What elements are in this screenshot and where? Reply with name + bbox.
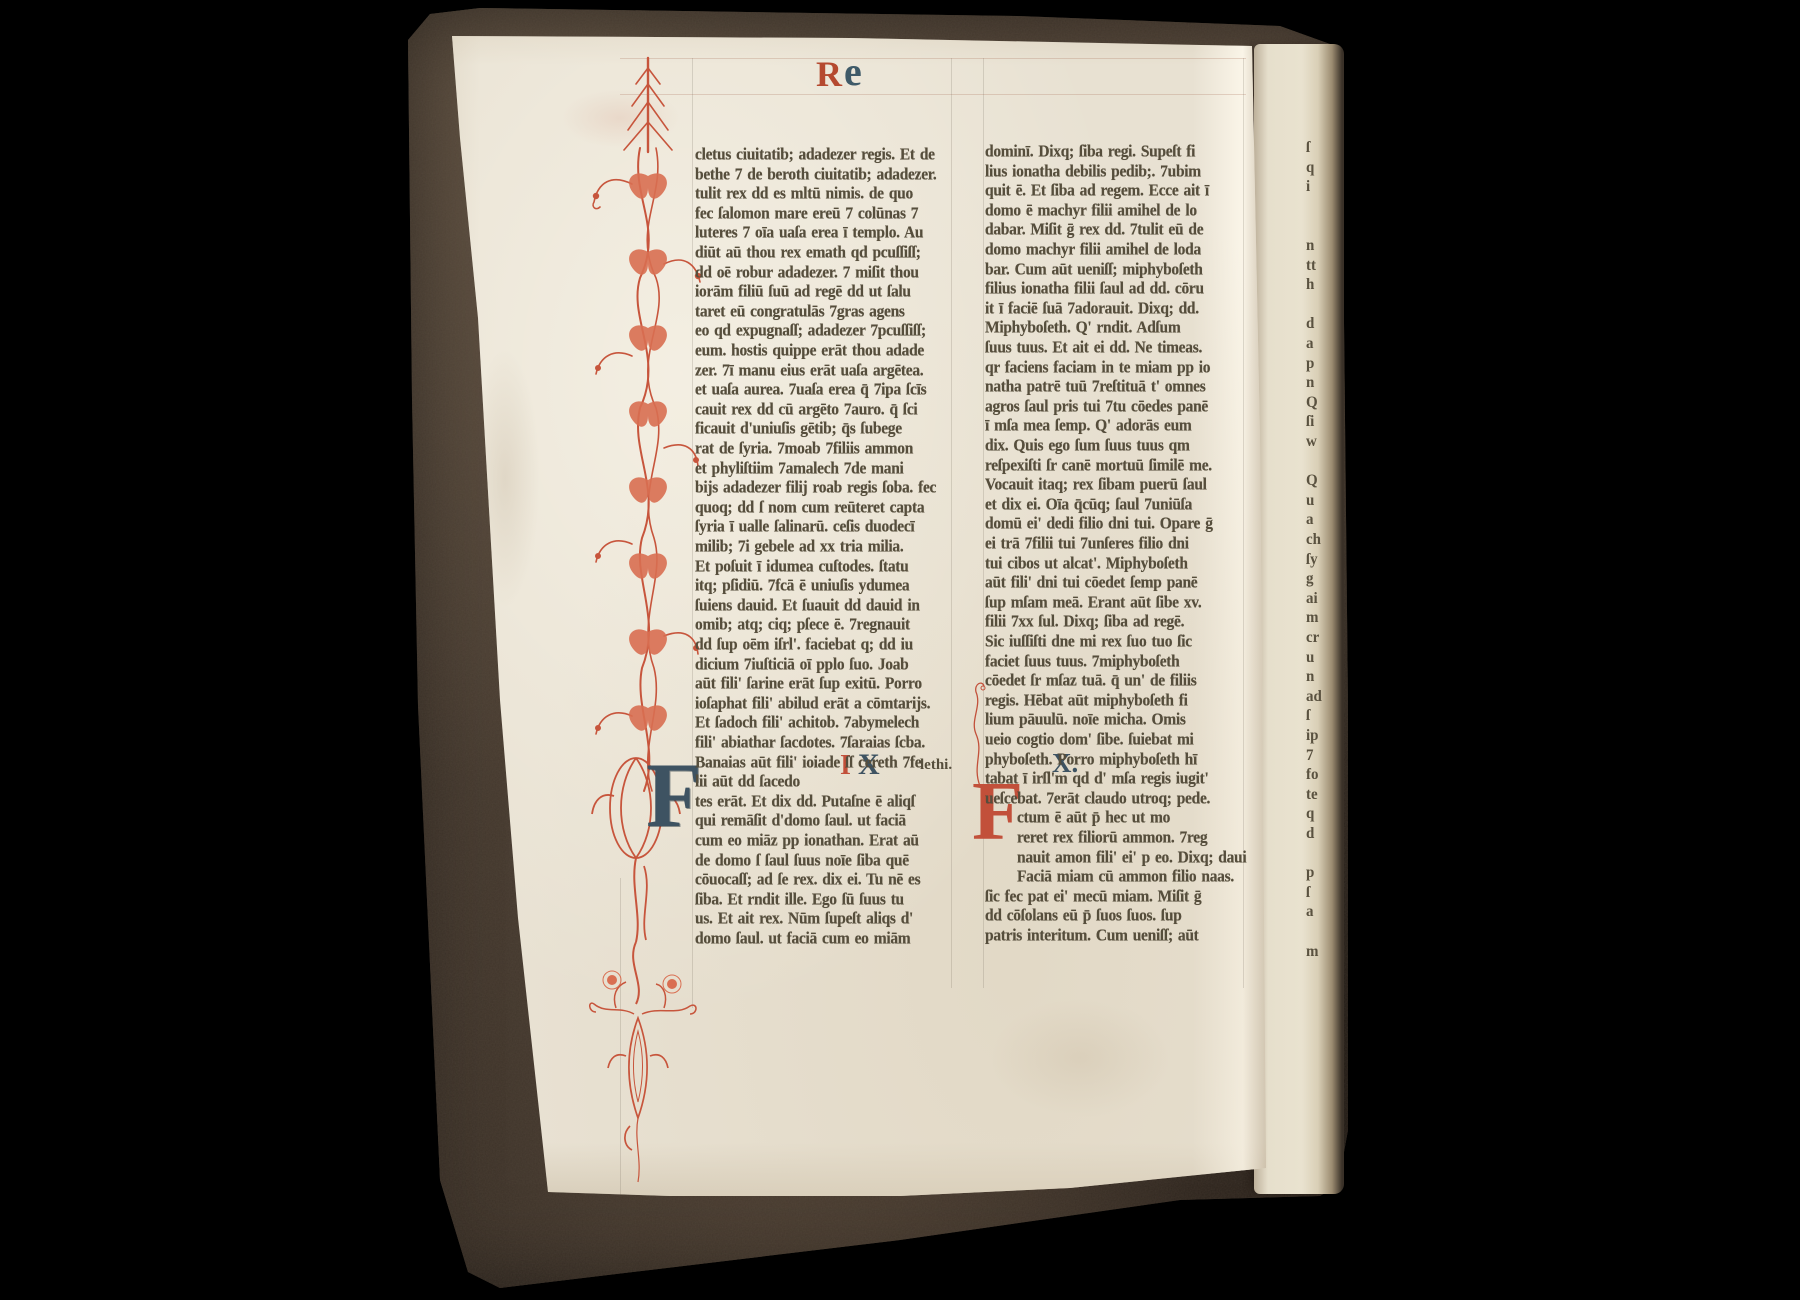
edge-text-fragment: ſ xyxy=(1306,884,1310,902)
text-line: ueſcebat. 7erāt claudo utroq; pede. xyxy=(985,789,1210,809)
chapter-ix-initial: F xyxy=(646,758,702,833)
text-line: zer. 7ī manu eius erāt uaſa argētea. xyxy=(695,361,923,381)
text-line: cōuocaſſ; ad ſe rex. dix ei. Tu nē es xyxy=(695,870,920,890)
text-line: et dix ei. Oīa q̄cūq; ſaul 7uniūſa xyxy=(985,495,1192,515)
text-line: milib; 7i gebele ad xx tria milia. xyxy=(695,537,903,557)
edge-text-fragment: a xyxy=(1306,512,1314,530)
edge-text-fragment: u xyxy=(1306,649,1314,667)
text-line: dabar. Miſit ḡ rex dd. 7tulit eū de xyxy=(985,220,1203,240)
text-line: Et ſadoch fili' achitob. 7abymelech xyxy=(695,713,919,733)
text-line: lii aūt dd ſacedo xyxy=(695,772,800,792)
edge-text-fragment: a xyxy=(1306,904,1314,922)
text-line: patris interitum. Cum ueniſſ; aūt xyxy=(985,926,1199,946)
text-line: dix. Quis ego ſum ſuus tuus qm xyxy=(985,436,1190,456)
running-title-letter-r: R xyxy=(816,56,842,92)
text-line: qr faciens faciam in te miam pp io xyxy=(985,358,1210,378)
text-line: de domo ſ ſaul ſuus noīe ſiba quē xyxy=(695,851,909,871)
edge-text-fragment: ſi xyxy=(1306,414,1314,432)
text-line: phyboſeth. Porro miphyboſeth hī xyxy=(985,750,1197,770)
edge-text-fragment: a xyxy=(1306,336,1314,354)
text-line: domo machyr filii amihel de loda xyxy=(985,240,1201,260)
ruling-line xyxy=(620,58,1246,59)
edge-text-fragment: p xyxy=(1306,355,1314,373)
text-line: omib; atq; ciq; pſece ē. 7regnauit xyxy=(695,615,910,635)
edge-text-fragment: te xyxy=(1306,786,1318,804)
text-line: bar. Cum aūt ueniſſ; miphyboſeth xyxy=(985,260,1203,280)
edge-text-fragment: h xyxy=(1306,277,1314,295)
edge-text-fragment: n xyxy=(1306,669,1314,687)
text-line: rat de ſyria. 7moab 7filiis ammon xyxy=(695,439,913,459)
text-line: Banaias aūt fili' ioiade ſſ cereth 7fe xyxy=(695,753,921,773)
text-line: dicium 7iuſticiā oī pplo ſuo. Joab xyxy=(695,655,908,675)
text-line: quit ē. Et ſiba ad regem. Ecce ait ī xyxy=(985,181,1209,201)
text-line: cum eo miāz pp ionathan. Erat aū xyxy=(695,831,919,851)
text-line: diūt aū thou rex emath qd pcuſſiſſ; xyxy=(695,243,921,263)
text-line: bethe 7 de beroth ciuitatib; adadezer. xyxy=(695,165,937,185)
text-line: dd ſup oēm iſrl'. faciebat q; dd iu xyxy=(695,635,913,655)
text-line: reret rex filiorū ammon. 7reg xyxy=(1017,828,1207,848)
text-line: ioſaphat fili' abilud erāt a cōmtarijs. xyxy=(695,694,930,714)
text-line: domū ei' dedi filio dni tui. Opare ḡ xyxy=(985,514,1213,534)
edge-text-fragment: i xyxy=(1306,179,1310,197)
text-line: luteres 7 oīa uaſa erea ī templo. Au xyxy=(695,223,923,243)
text-line: nauit amon fili' ei' p eo. Dixq; dauid. xyxy=(1017,848,1247,868)
text-line: natha patrē tuū 7reſtituā t' omnes xyxy=(985,377,1205,397)
ruling-line xyxy=(620,94,1246,95)
text-line: domo ſaul. ut faciā cum eo miām xyxy=(695,929,910,949)
edge-text-fragment: ſy xyxy=(1306,551,1318,569)
text-line: cletus ciuitatib; adadezer regis. Et de xyxy=(695,145,935,165)
text-line: tulit rex dd es mltū nimis. de quo xyxy=(695,184,913,204)
edge-text-fragment: d xyxy=(1306,316,1314,334)
edge-text-fragment: 7 xyxy=(1306,747,1314,765)
text-line: ſic fec pat ei' mecū miam. Miſit ḡ xyxy=(985,887,1201,907)
edge-text-fragment: ſ xyxy=(1306,708,1310,726)
edge-text-fragment: ip xyxy=(1306,728,1319,746)
text-line: ī mſa mea ſemp. Q' adorās eum xyxy=(985,416,1192,436)
text-line: ſup mſam meā. Erant aūt ſibe xv. xyxy=(985,593,1201,613)
text-line: lium pāuulū. noīe micha. Omis xyxy=(985,710,1186,730)
edge-text-fragment: ad xyxy=(1306,688,1322,706)
edge-text-fragment: fo xyxy=(1306,767,1319,785)
next-page-edge: ſqintthdapnQſiwQuachſygaimcrunadſip7fote… xyxy=(1254,44,1344,1194)
text-line: aūt fili' ſarine erāt ſup exitū. Porro xyxy=(695,674,922,694)
edge-text-fragment: q xyxy=(1306,806,1314,824)
edge-text-fragment: cr xyxy=(1306,630,1319,648)
manuscript-photo: ſqintthdapnQſiwQuachſygaimcrunadſip7fote… xyxy=(0,0,1800,1300)
edge-text-fragment: d xyxy=(1306,826,1314,844)
text-line: reſpexiſti ſr canē mortuū ſimilē me. xyxy=(985,456,1212,476)
edge-text-fragment: w xyxy=(1306,434,1317,452)
text-line: agros ſaul pris tui 7tu cōedes panē xyxy=(985,397,1208,417)
edge-text-fragment: ſ xyxy=(1306,140,1310,158)
text-line: filius ionatha filii ſaul ad dd. cōru xyxy=(985,279,1204,299)
text-line: bijs adadezer filij roab regis ſoba. fec xyxy=(695,478,936,498)
edge-text-fragment: ch xyxy=(1306,532,1321,550)
text-line: Sic iuſſiſti dne mi rex ſuo tuo ſic xyxy=(985,632,1192,652)
edge-text-fragment: m xyxy=(1306,943,1319,961)
text-line: it ī faciē ſuā 7adorauit. Dixq; dd. xyxy=(985,299,1199,319)
text-line: Faciā miam cū ammon filio naas. xyxy=(1017,867,1234,887)
edge-text-fragment: ai xyxy=(1306,590,1318,608)
edge-text-fragment: p xyxy=(1306,865,1314,883)
text-line: dd oē robur adadezer. 7 miſit thou xyxy=(695,263,919,283)
edge-text-fragment: q xyxy=(1306,159,1314,177)
text-line: qui remāſit d'domo ſaul. ut faciā xyxy=(695,811,906,831)
text-line: ficauit d'uniuſis gētib; q̄s ſubege xyxy=(695,419,902,439)
text-line: lius ionatha debilis pedib;. 7ubim xyxy=(985,162,1201,182)
text-line: dd cōſolans eū p̄ ſuos ſuos. ſup xyxy=(985,906,1182,926)
text-line: taret eū congratulās 7gras agens xyxy=(695,302,905,322)
edge-text-fragment: m xyxy=(1306,610,1319,628)
edge-text-fragment: n xyxy=(1306,238,1314,256)
text-line: filii 7xx ſul. Dixq; ſiba ad regē. xyxy=(985,612,1184,632)
text-line: itq; pſidiū. 7fcā ē uniuſis ydumea xyxy=(695,576,909,596)
text-line: quoq; dd ſ nom cum reūteret capta xyxy=(695,498,924,518)
text-line: tabat ī irſl'm qd d' mſa regis iugit' xyxy=(985,769,1208,789)
text-line: us. Et ait rex. Nūm ſupeſt aliqs d' xyxy=(695,909,913,929)
text-line: fec ſalomon mare ereū 7 colūnas 7 xyxy=(695,204,918,224)
text-line: cauit rex dd cū argēto 7auro. q̄ ſci xyxy=(695,400,917,420)
text-line: Miphyboſeth. Q' rndit. Adſum xyxy=(985,318,1181,338)
edge-text-fragment: Q xyxy=(1306,394,1318,412)
text-line: Et poſuit ī idumea cuſtodes. ſtatu xyxy=(695,557,908,577)
text-line: aūt fili' dni tui cōedet ſemp panē xyxy=(985,573,1197,593)
text-line: tes erāt. Et dix dd. Putaſne ē aliqſ xyxy=(695,792,915,812)
text-column-right: dominī. Dixq; ſiba regi. Supeſt filius i… xyxy=(985,142,1247,954)
text-line: iorām filiū ſuū ad regē dd ut ſalu xyxy=(695,282,911,302)
text-line: ſuus tuus. Et ait ei dd. Ne timeas. xyxy=(985,338,1202,358)
edge-text-fragment: tt xyxy=(1306,257,1316,275)
text-column-left: cletus ciuitatib; adadezer regis. Et deb… xyxy=(695,145,957,951)
text-line: et uaſa aurea. 7uaſa erea q̄ 7ipa ſcīs xyxy=(695,380,926,400)
parchment-stain xyxy=(990,998,1170,1118)
edge-text-fragment: g xyxy=(1306,571,1314,589)
edge-text-fragment: u xyxy=(1306,492,1314,510)
text-line: eum. hostis quippe erāt thou adade xyxy=(695,341,924,361)
text-line: tui cibos ut alcat'. Miphyboſeth xyxy=(985,554,1188,574)
edge-text-fragment: n xyxy=(1306,375,1314,393)
text-line: ſuiens dauid. Et ſuauit dd dauid in xyxy=(695,596,920,616)
text-line: Vocauit itaq; rex ſibam puerū ſaul xyxy=(985,475,1207,495)
running-title-letter-e: e xyxy=(844,52,862,92)
text-line: et phyliſtiim 7amalech 7de mani xyxy=(695,459,904,479)
text-line: ſiba. Et rndit ille. Ego ſū ſuus tu xyxy=(695,890,904,910)
text-line: ſyria ī ualle ſalinarū. ceſis duodecī xyxy=(695,517,914,537)
text-line: cōedet ſr mſaz tuā. q̄ un' de filiis xyxy=(985,671,1197,691)
edge-text-fragment: Q xyxy=(1306,473,1318,491)
text-line: regis. Hēbat aūt miphyboſeth fi xyxy=(985,691,1188,711)
penwork-border xyxy=(586,56,706,1188)
text-line: dominī. Dixq; ſiba regi. Supeſt fi xyxy=(985,142,1195,162)
text-line: faciet ſuus tuus. 7miphyboſeth xyxy=(985,652,1179,672)
text-line: ctum ē aūt p̄ hec ut mo xyxy=(1017,808,1170,828)
text-line: ueio cogtio dom' ſibe. ſuiebat mi xyxy=(985,730,1194,750)
text-line: ei trā 7filii tui 7unſeres filio dni xyxy=(985,534,1189,554)
text-line: fili' abiathar ſacdotes. 7ſaraias ſcba. xyxy=(695,733,925,753)
text-line: domo ē machyr filii amihel de lo xyxy=(985,201,1197,221)
next-page-text-fragments: ſqintthdapnQſiwQuachſygaimcrunadſip7fote… xyxy=(1306,44,1332,1194)
text-line: eo qd expugnaſſ; adadezer 7pcuſſiſſ; xyxy=(695,321,926,341)
